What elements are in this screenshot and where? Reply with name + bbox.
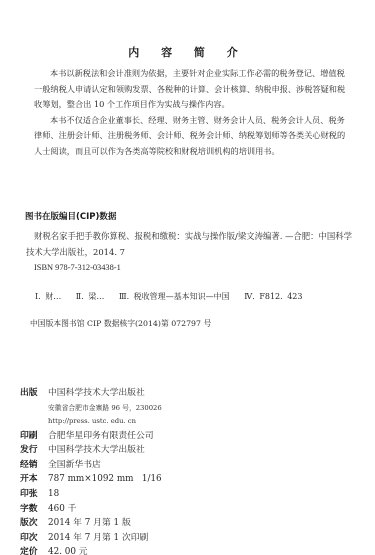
summary-paragraph: 本书不仅适合企业董事长、经理、财务主管、财务会计人员、税务会计人员、税务律师、注… <box>34 113 346 160</box>
publisher-address: 安徽省合肥市金寨路 96 号，230026 <box>20 400 162 414</box>
summary-text: 本书以新税法和会计准则为依据，主要针对企业实际工作必需的税务登记、增值税一般纳税… <box>34 66 346 159</box>
imprint-value: 全国新华书店 <box>48 457 101 470</box>
imprint-label: 经销 <box>20 457 48 470</box>
cip-number: 中国版本图书馆 CIP 数据核字(2014)第 072797 号 <box>30 318 211 329</box>
classification: Ⅰ. 财… Ⅱ. 梁… Ⅲ. 税收管理—基本知识—中国 Ⅳ. F812. 423 <box>35 291 313 302</box>
imprint-label: 开本 <box>20 471 48 484</box>
imprint-label: 定价 <box>20 544 48 555</box>
imprint-row-printing: 印次 2014 年 7 月第 1 次印刷 <box>20 530 162 545</box>
imprint-row-seller: 经销 全国新华书店 <box>20 457 162 472</box>
classification-item: Ⅱ. 梁… <box>76 292 105 301</box>
imprint-label: 版次 <box>20 515 48 528</box>
imprint-row-distributor: 发行 中国科学技术大学出版社 <box>20 442 162 457</box>
imprint-label: 发行 <box>20 442 48 455</box>
imprint-value: 中国科学技术大学出版社 <box>48 442 145 455</box>
imprint: 出版 中国科学技术大学出版社 安徽省合肥市金寨路 96 号，230026 htt… <box>20 385 162 555</box>
imprint-label: 印张 <box>20 486 48 499</box>
imprint-value: 合肥华星印务有限责任公司 <box>48 428 154 441</box>
imprint-value: 42. 00 元 <box>48 544 88 555</box>
imprint-label: 出版 <box>20 385 48 398</box>
imprint-row-sheets: 印张 18 <box>20 486 162 501</box>
summary-title: 内 容 简 介 <box>0 44 375 60</box>
imprint-row-edition: 版次 2014 年 7 月第 1 版 <box>20 515 162 530</box>
imprint-value: 2014 年 7 月第 1 版 <box>48 515 131 528</box>
cip-heading: 图书在版编目(CIP)数据 <box>25 210 116 222</box>
imprint-value: 18 <box>48 489 59 499</box>
imprint-value: 460 千 <box>48 501 76 514</box>
imprint-value: 787 mm×1092 mm 1/16 <box>48 474 162 484</box>
classification-item: Ⅲ. 税收管理—基本知识—中国 <box>119 292 230 301</box>
imprint-row-price: 定价 42. 00 元 <box>20 544 162 555</box>
publisher-url: http://press. ustc. edu. cn <box>20 414 162 428</box>
imprint-row-printer: 印刷 合肥华星印务有限责任公司 <box>20 428 162 443</box>
summary-paragraph: 本书以新税法和会计准则为依据，主要针对企业实际工作必需的税务登记、增值税一般纳税… <box>34 66 346 113</box>
imprint-value: 中国科学技术大学出版社 <box>48 385 145 398</box>
imprint-value: 2014 年 7 月第 1 次印刷 <box>48 530 148 543</box>
imprint-label: 印次 <box>20 530 48 543</box>
imprint-label: 印刷 <box>20 428 48 441</box>
imprint-row-publisher: 出版 中国科学技术大学出版社 <box>20 385 162 400</box>
imprint-row-format: 开本 787 mm×1092 mm 1/16 <box>20 471 162 486</box>
imprint-row-words: 字数 460 千 <box>20 501 162 516</box>
classification-item: Ⅳ. F812. 423 <box>244 292 302 301</box>
imprint-label: 字数 <box>20 501 48 514</box>
classification-item: Ⅰ. 财… <box>35 292 61 301</box>
isbn: ISBN 978-7-312-03438-1 <box>26 260 356 276</box>
cip-record-line: 财税名家手把手教你算税、报税和缴税：实战与操作版/梁文涛编著. —合肥：中国科学… <box>26 229 356 260</box>
cip-record: 财税名家手把手教你算税、报税和缴税：实战与操作版/梁文涛编著. —合肥：中国科学… <box>26 229 356 276</box>
